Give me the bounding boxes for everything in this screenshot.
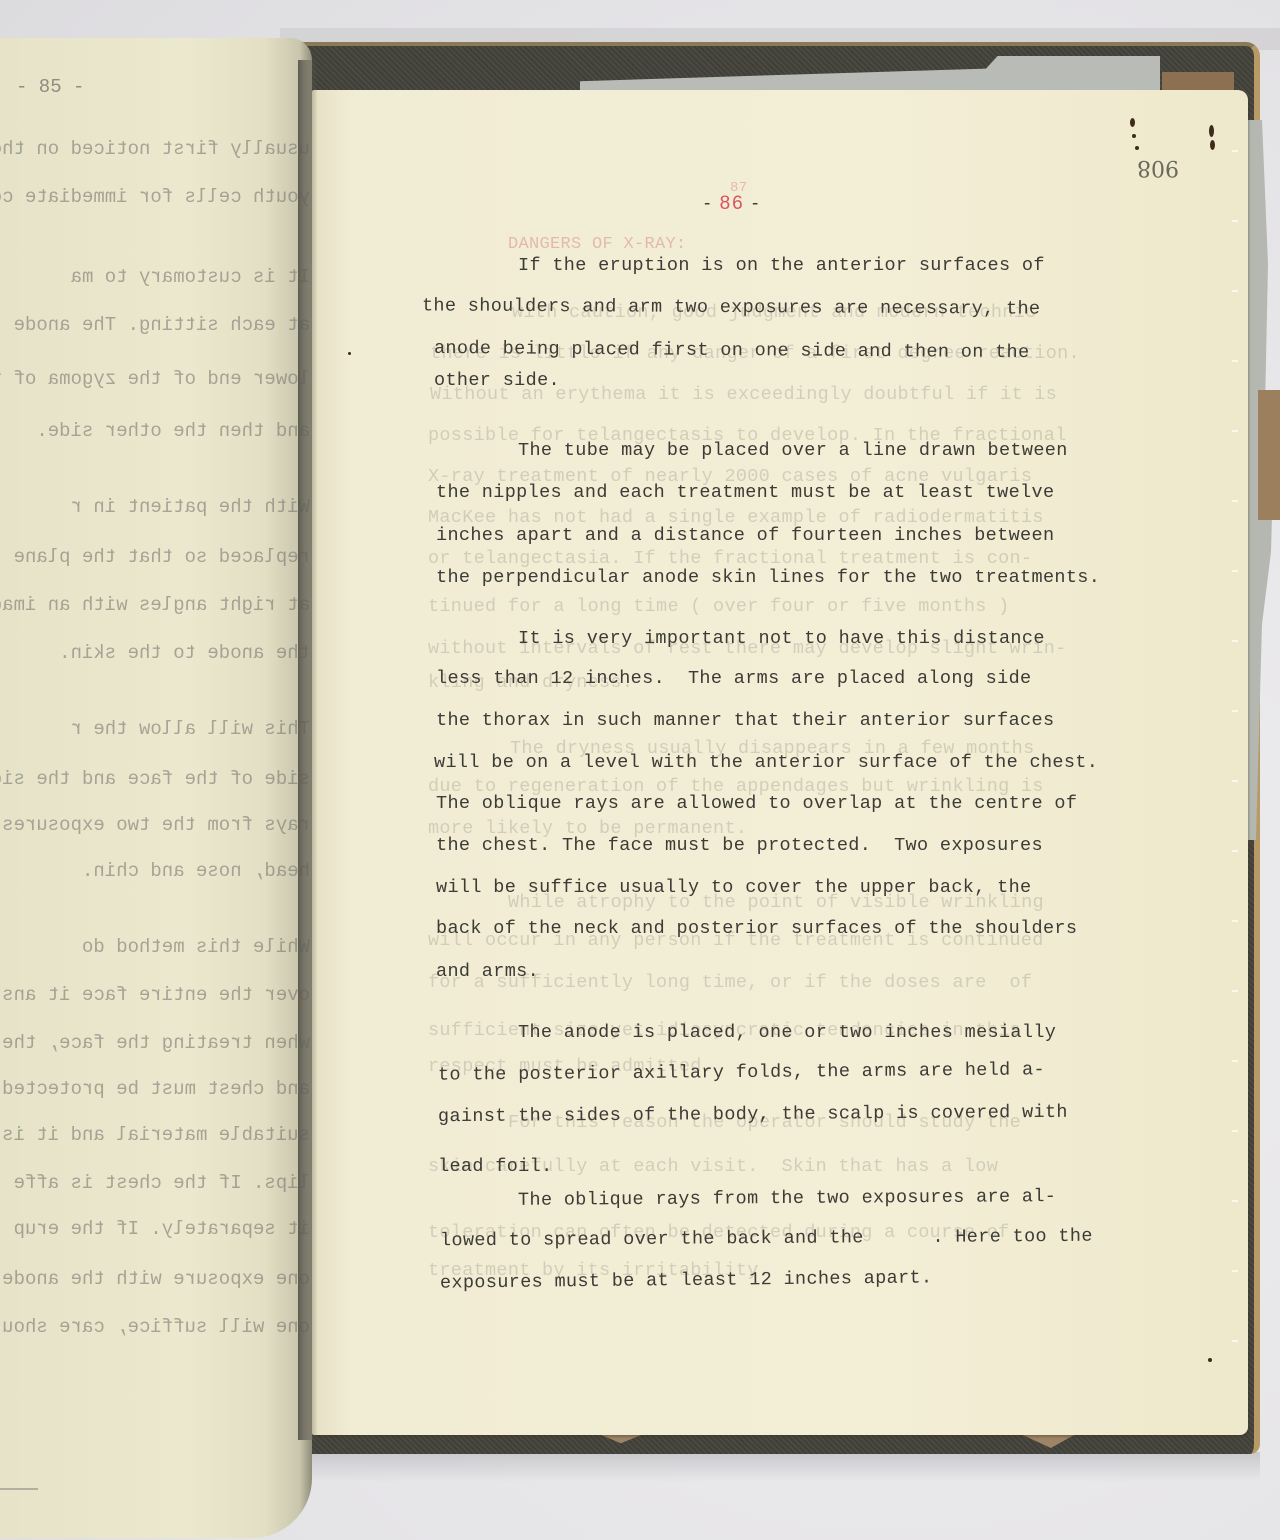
- mirrored-line: replaced so that the plane: [0, 546, 310, 568]
- paragraph-5-line: exposures must be at least 12 inches apa…: [440, 1267, 933, 1293]
- page-number: - 86 -: [704, 193, 760, 215]
- mirrored-line: It is customary to ma: [0, 266, 310, 288]
- mirrored-line: lower end of the zygoma of f: [0, 368, 310, 390]
- mirrored-line: over the entire face it ans: [0, 984, 310, 1006]
- mirrored-line: While this method do: [0, 936, 310, 958]
- paragraph-2-line: the perpendicular anode skin lines for t…: [436, 567, 1100, 588]
- paragraph-4-line: lead foil.: [438, 1156, 553, 1177]
- mirrored-line: head, nose and chin.: [0, 860, 310, 882]
- paragraph-1-line: If the eruption is on the anterior surfa…: [518, 255, 1045, 276]
- mirrored-line: when treating the face, the: [0, 1032, 310, 1054]
- mirrored-line: youth cells for immediate ce: [0, 186, 310, 208]
- bleed-through-line: or telangectasia. If the fractional trea…: [428, 548, 1032, 569]
- mirrored-line: With the patient in r: [0, 496, 310, 518]
- mirrored-line: one exposure with the anode: [0, 1268, 310, 1290]
- binding-hole: [1132, 134, 1136, 138]
- mirrored-line: the anode to the skin.: [0, 642, 310, 664]
- binding-hole: [1130, 118, 1135, 127]
- mirrored-line: at each sitting. The anode: [0, 314, 310, 336]
- mirrored-line: one will suffice, care shou: [0, 1316, 310, 1338]
- backdrop-shadow: [300, 1452, 1260, 1482]
- divider-line: [0, 1488, 38, 1490]
- scanned-book-spread: DANGERS OF X-RAY: 87 with caution, good …: [0, 0, 1280, 1540]
- gutter-shadow: [298, 60, 318, 1440]
- binding-hole: [1210, 140, 1215, 150]
- paragraph-2-line: the nipples and each treatment must be a…: [436, 482, 1054, 503]
- paragraph-3-line: the chest. The face must be protected. T…: [436, 835, 1043, 856]
- mirrored-line: rays from the two exposures: [0, 814, 310, 836]
- paragraph-5-line: lowed to spread over the back and the . …: [440, 1226, 1093, 1252]
- mirrored-line: it separately. If the erup: [0, 1218, 310, 1240]
- paragraph-2-line: The tube may be placed over a line drawn…: [518, 440, 1068, 461]
- paragraph-3-line: will be suffice usually to cover the upp…: [436, 877, 1032, 898]
- paragraph-2-line: inches apart and a distance of fourteen …: [436, 525, 1054, 546]
- paragraph-5-line: The oblique rays from the two exposures …: [518, 1186, 1056, 1211]
- paragraph-3-line: less than 12 inches. The arms are placed…: [436, 668, 1032, 689]
- paragraph-4-line: gainst the sides of the body, the scalp …: [438, 1102, 1068, 1127]
- torn-page-stub: [1162, 72, 1234, 92]
- mirrored-line: This will allow the r: [0, 718, 310, 740]
- paragraph-3-line: the thorax in such manner that their ant…: [436, 710, 1054, 731]
- mirrored-line: and then the other side.: [0, 420, 310, 442]
- paragraph-1-line: other side.: [434, 370, 560, 391]
- typed-page: DANGERS OF X-RAY: 87 with caution, good …: [312, 90, 1248, 1435]
- page-number-dash: -: [704, 193, 712, 214]
- paragraph-3-line: back of the neck and posterior surfaces …: [436, 918, 1077, 939]
- binding-hole: [1209, 125, 1214, 137]
- mirrored-line: at right angles with an imag: [0, 594, 310, 616]
- facing-page: - 85 - usually first noticed on the yout…: [0, 38, 312, 1538]
- paragraph-3-line: The oblique rays are allowed to overlap …: [436, 793, 1077, 814]
- bleed-through-line: tinued for a long time ( over four or fi…: [428, 596, 1010, 617]
- stray-mark: [1208, 1358, 1212, 1362]
- page-number-dash: -: [752, 193, 760, 214]
- handwritten-folio-number: 908: [1137, 155, 1179, 180]
- paragraph-3-line: and arms.: [436, 961, 539, 982]
- mirrored-line: usually first noticed on the: [0, 138, 310, 160]
- page-number-value: 86: [720, 193, 745, 214]
- paragraph-3-line: It is very important not to have this di…: [518, 628, 1045, 649]
- paragraph-4-line: to the posterior axillary folds, the arm…: [438, 1059, 1045, 1085]
- mirrored-line: and chest must be protected: [0, 1078, 310, 1100]
- torn-page-stub: [1258, 390, 1280, 520]
- paragraph-1-line: the shoulders and arm two exposures are …: [422, 295, 1041, 319]
- mirrored-line: lips. If the chest is affe: [0, 1172, 310, 1194]
- stray-mark: [348, 352, 351, 355]
- bleed-through-heading: DANGERS OF X-RAY:: [508, 235, 687, 254]
- paragraph-4-line: The anode is placed, one or two inches m…: [518, 1022, 1056, 1043]
- binding-hole: [1135, 146, 1139, 150]
- mirrored-line: side of the face and the sid: [0, 768, 310, 790]
- mirrored-line: suitable material and it is al: [0, 1124, 310, 1146]
- facing-page-number: - 85 -: [16, 76, 84, 98]
- paragraph-3-line: will be on a level with the anterior sur…: [434, 752, 1098, 773]
- paragraph-1-line: anode being placed first on one side and…: [434, 338, 1030, 363]
